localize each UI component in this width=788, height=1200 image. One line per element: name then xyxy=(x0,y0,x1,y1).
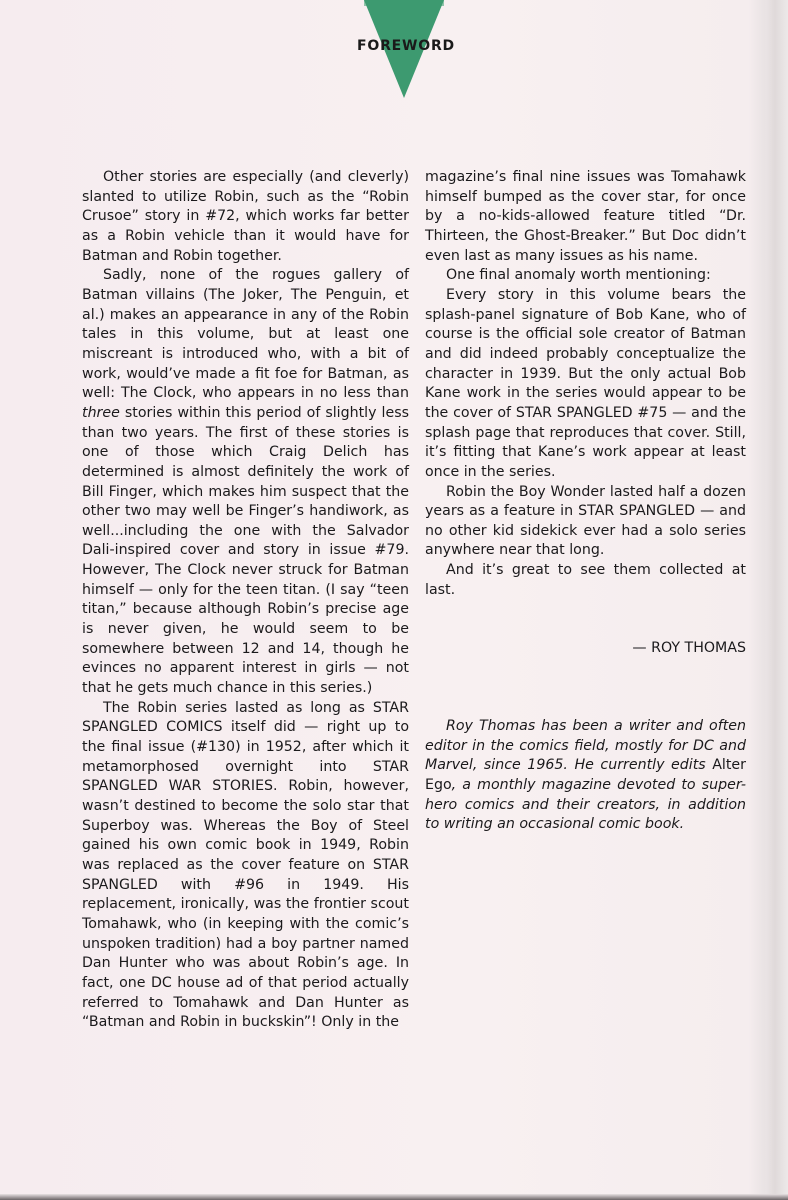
binding-shadow xyxy=(766,0,788,1200)
paragraph: Robin the Boy Wonder lasted half a dozen… xyxy=(425,483,746,562)
paragraph: Other stories are especially (and clever… xyxy=(82,168,409,266)
section-title: FOREWORD xyxy=(357,38,457,54)
page-bottom-edge xyxy=(0,1194,788,1200)
paragraph: The Robin series lasted as long as STAR … xyxy=(82,699,409,1033)
emphasis-text: three xyxy=(82,405,120,421)
left-column: Other stories are especially (and clever… xyxy=(82,168,409,1033)
bio-text: Roy Thomas has been a writer and often e… xyxy=(425,718,746,773)
paragraph-text: Sadly, none of the rogues gallery of Bat… xyxy=(82,267,409,401)
paragraph: magazine’s final nine issues was Tomahaw… xyxy=(425,168,746,266)
paragraph: Every story in this volume bears the spl… xyxy=(425,286,746,483)
author-signature: — ROY THOMAS xyxy=(425,639,746,659)
paragraph: One final anomaly worth mentioning: xyxy=(425,266,746,286)
author-bio: Roy Thomas has been a writer and often e… xyxy=(425,717,746,835)
paragraph: Sadly, none of the rogues gallery of Bat… xyxy=(82,266,409,698)
paragraph-text: stories within this period of slightly l… xyxy=(82,405,409,696)
paragraph: And it’s great to see them collected at … xyxy=(425,561,746,600)
right-column: magazine’s final nine issues was Tomahaw… xyxy=(425,168,746,835)
bio-text: , a monthly magazine devoted to super-he… xyxy=(425,777,746,832)
book-page: FOREWORD Other stories are especially (a… xyxy=(0,0,788,1200)
